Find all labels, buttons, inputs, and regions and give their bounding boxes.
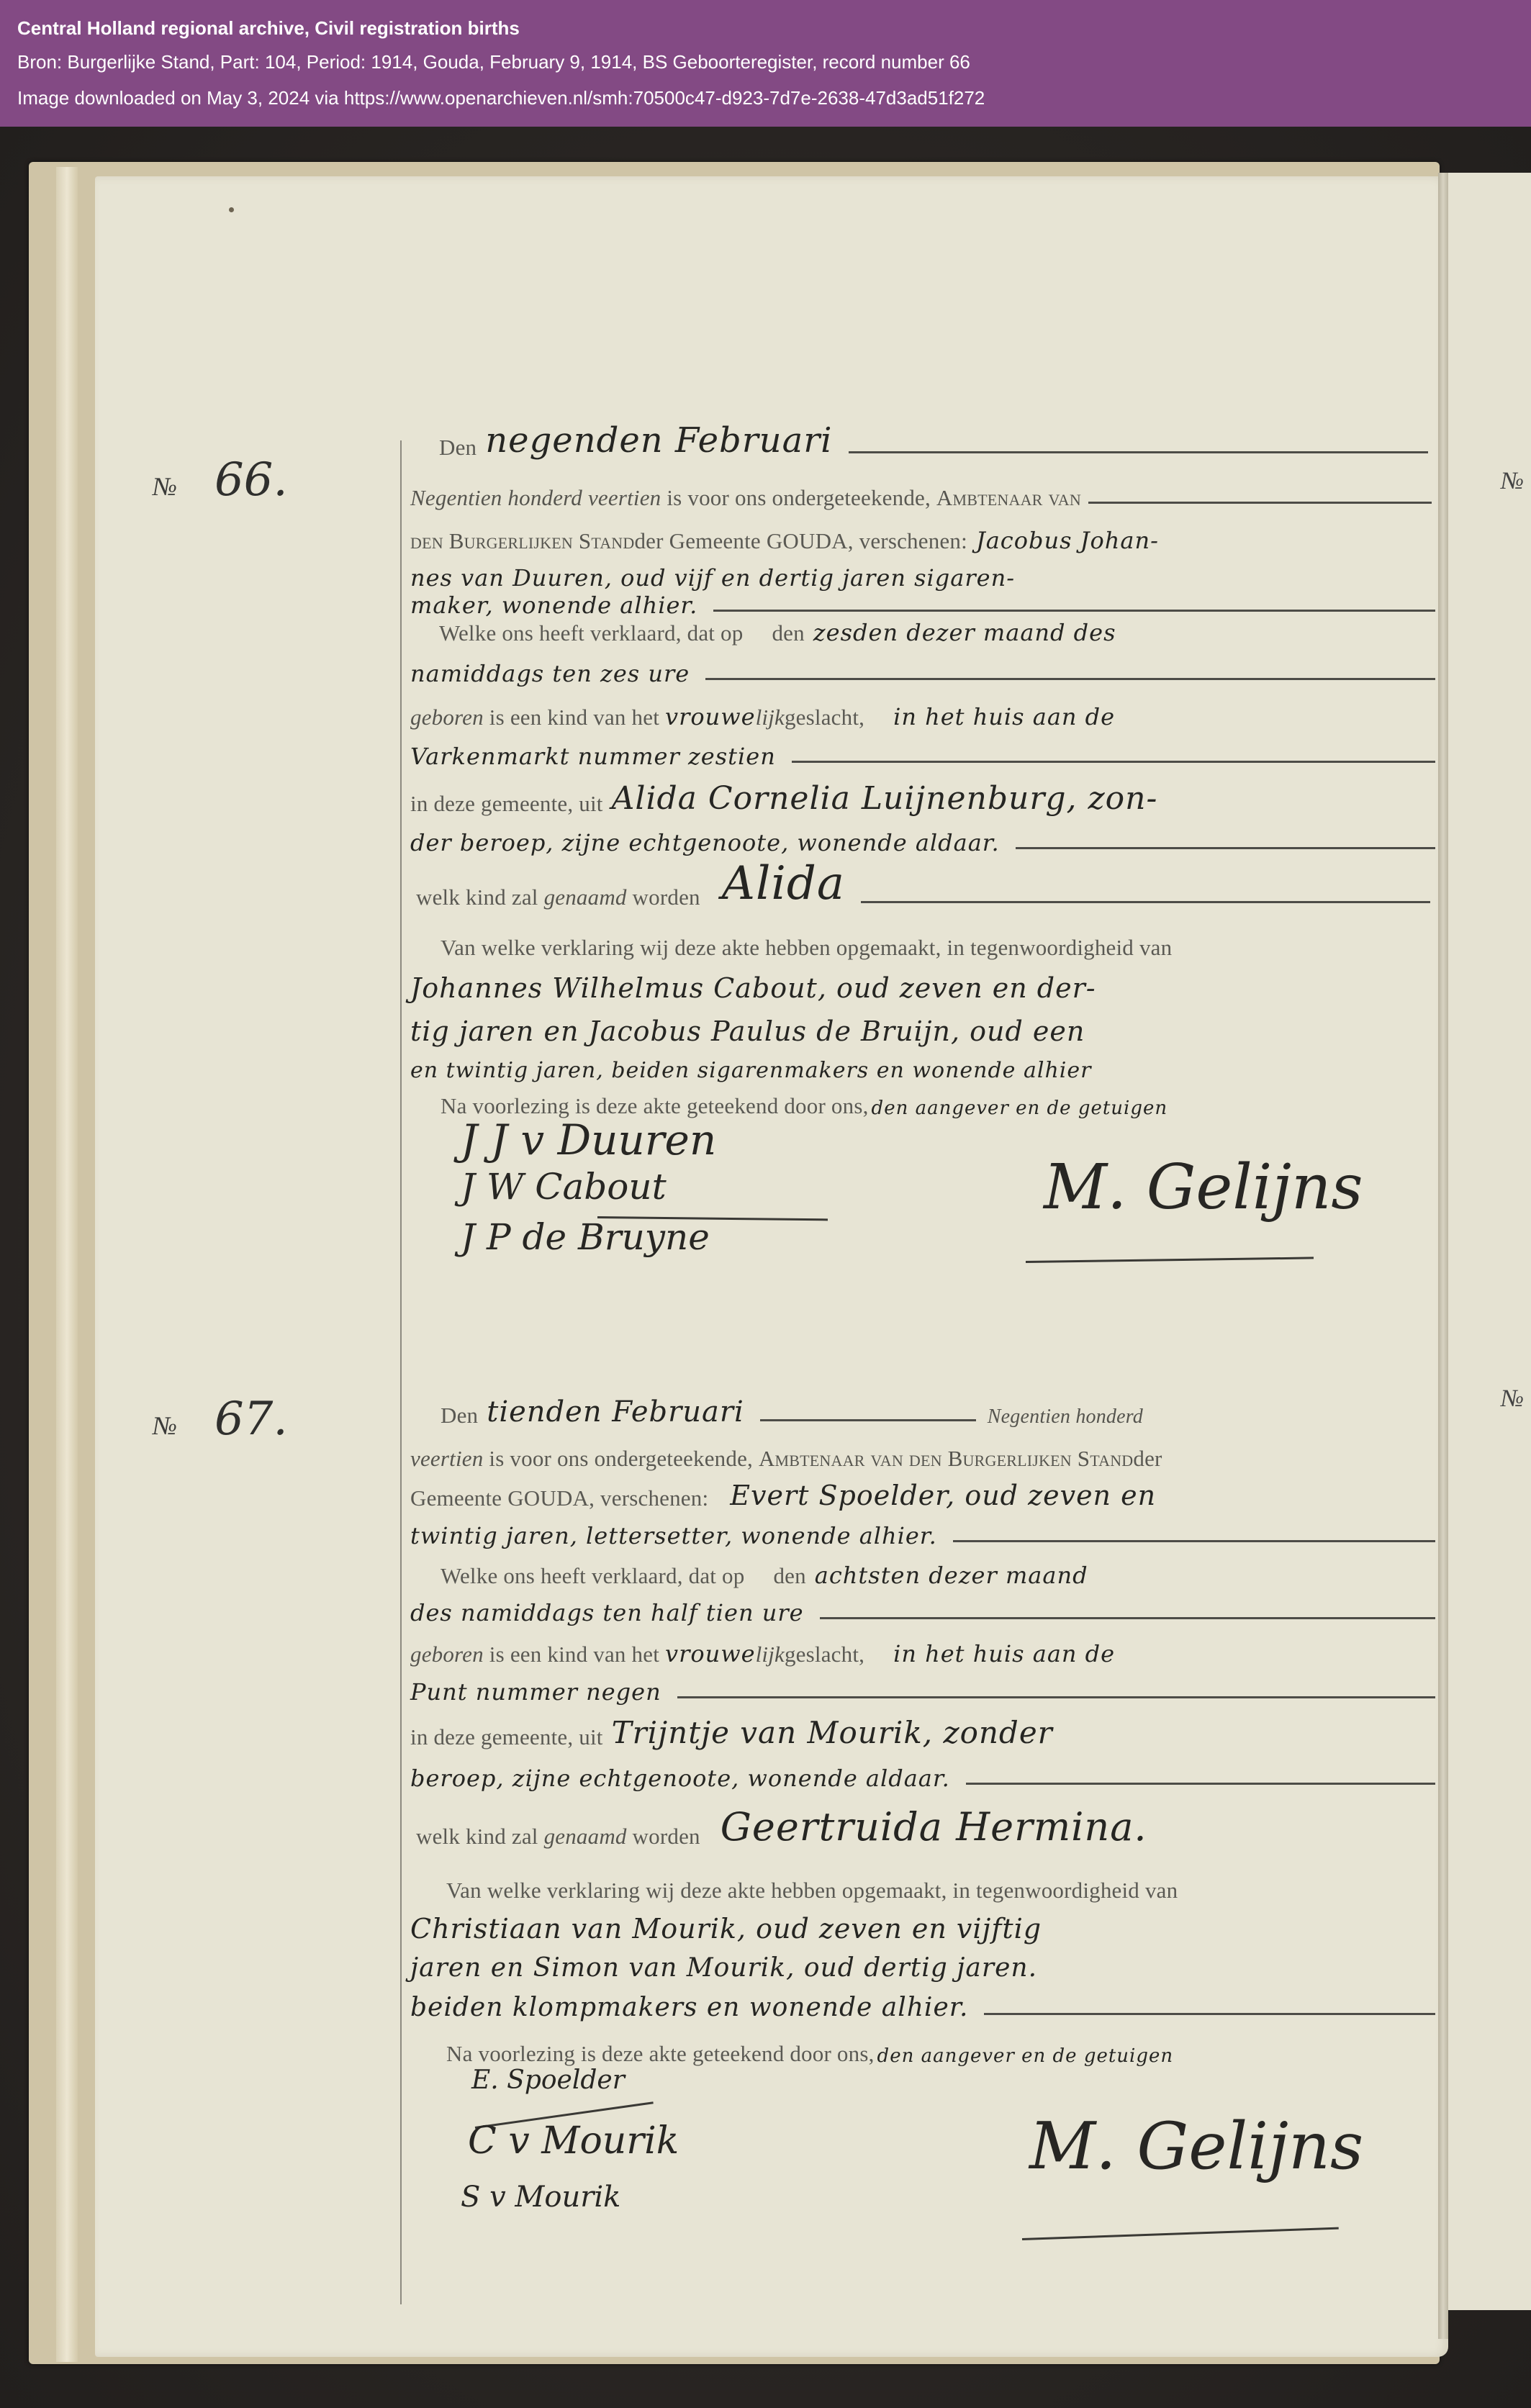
record-67-line-7: geboren is een kind van het vrouwe lijk … [410, 1624, 1440, 1667]
record-67-line-16: Na voorlezing is deze akte geteekend doo… [446, 2024, 1476, 2067]
record-66-line-1: Den negenden Februari [439, 417, 1432, 461]
record-67-line-3: Gemeente GOUDA, verschenen: Evert Spoeld… [410, 1468, 1440, 1511]
handwritten-child-name: Geertruida Hermina. [721, 1804, 1147, 1850]
handwritten-witness-2: jaren en Simon van Mourik, oud dertig ja… [410, 1953, 1037, 1983]
signature-witness-66-1: J W Cabout [461, 1166, 667, 1208]
record-66-line-3: den Burgerlijken Stand der Gemeente GOUD… [410, 511, 1440, 554]
handwritten-witness-1: Johannes Wilhelmus Cabout, oud zeven en … [410, 972, 1096, 1004]
record-66-line-17: Na voorlezing is deze akte geteekend doo… [441, 1076, 1470, 1119]
signature-declarant-67: E. Spoelder [471, 2065, 625, 2095]
facing-record-number: № [1501, 1385, 1524, 1413]
facing-record-number: № [1501, 468, 1524, 495]
record-number-67: №67. [153, 1393, 288, 1446]
record-66-line-14: Johannes Wilhelmus Cabout, oud zeven en … [410, 961, 1440, 1004]
archive-info-banner: Central Holland regional archive, Civil … [0, 0, 1531, 127]
number-sign: № [153, 472, 177, 501]
record-67-line-4: twintig jaren, lettersetter, wonende alh… [410, 1506, 1440, 1549]
banner-download-info: Image downloaded on May 3, 2024 via http… [17, 80, 1514, 116]
number-sign: № [153, 1411, 177, 1440]
record-67-line-5: Welke ons heeft verklaard, dat op den ac… [441, 1546, 1437, 1589]
record-67-line-10: beroep, zijne echtgenoote, wonende aldaa… [410, 1749, 1440, 1792]
paper-spot [229, 207, 234, 212]
record-66-line-7: namiddags ten zes ure [410, 644, 1440, 687]
signature-witness-66-2: J P de Bruyne [461, 1216, 710, 1258]
record-67-line-8: Punt nummer negen [410, 1662, 1440, 1706]
handwritten-date: tienden Februari [487, 1395, 744, 1429]
handwritten-mother-name: Alida Cornelia Luijnenburg, zon- [612, 780, 1158, 817]
banner-title: Central Holland regional archive, Civil … [17, 13, 1514, 44]
record-66-line-8: geboren is een kind van het vrouwe lijk … [410, 687, 1440, 730]
record-66-line-6: Welke ons heeft verklaard, dat op den ze… [439, 603, 1436, 646]
record-67-line-2: veertien is voor ons ondergeteekende, Am… [410, 1429, 1440, 1472]
record-66-line-12: welk kind zal genaamd worden Alida [416, 867, 1435, 910]
handwritten-date: negenden Februari [485, 420, 832, 461]
record-66-line-9: Varkenmarkt nummer zestien [410, 727, 1440, 770]
record-67-line-6: des namiddags ten half tien ure [410, 1583, 1440, 1626]
signature-witness-67-1: C v Mourik [468, 2119, 679, 2163]
margin-rule [400, 440, 402, 2304]
record-66-line-2: Negentien honderd veertien is voor ons o… [410, 468, 1436, 511]
handwritten-mother-name: Trijntje van Mourik, zonder [612, 1715, 1053, 1750]
banner-source: Bron: Burgerlijke Stand, Part: 104, Peri… [17, 44, 1514, 80]
record-number-66: №66. [153, 453, 288, 507]
cover-inner-edge [56, 167, 78, 2362]
record-67-line-11: welk kind zal genaamd worden Geertruida … [416, 1806, 1438, 1850]
record-66-line-13: Van welke verklaring wij deze akte hebbe… [441, 918, 1470, 961]
record-67-line-9: in deze gemeente, uit Trijntje van Mouri… [410, 1707, 1440, 1750]
record-67-line-13: Christiaan van Mourik, oud zeven en vijf… [410, 1901, 1440, 1945]
signature-official-66: M. Gelijns [1044, 1151, 1363, 1223]
signature-witness-67-2: S v Mourik [461, 2181, 620, 2214]
record-67-line-12: Van welke verklaring wij deze akte hebbe… [446, 1860, 1476, 1904]
record-66-line-10: in deze gemeente, uit Alida Cornelia Lui… [410, 774, 1440, 817]
record-66-line-11: der beroep, zijne echtgenoote, wonende a… [410, 813, 1440, 856]
record-67-line-15: beiden klompmakers en wonende alhier. [410, 1979, 1440, 2022]
record-67-line-1: Den tienden Februari Negentien honderd [441, 1385, 1434, 1429]
handwritten-child-name: Alida [722, 857, 845, 910]
page-gutter [1438, 173, 1448, 2339]
record-67-line-14: jaren en Simon van Mourik, oud dertig ja… [410, 1939, 1440, 1983]
signature-official-67: M. Gelijns [1029, 2109, 1363, 2184]
signature-declarant-66: J J v Duuren [461, 1115, 716, 1164]
